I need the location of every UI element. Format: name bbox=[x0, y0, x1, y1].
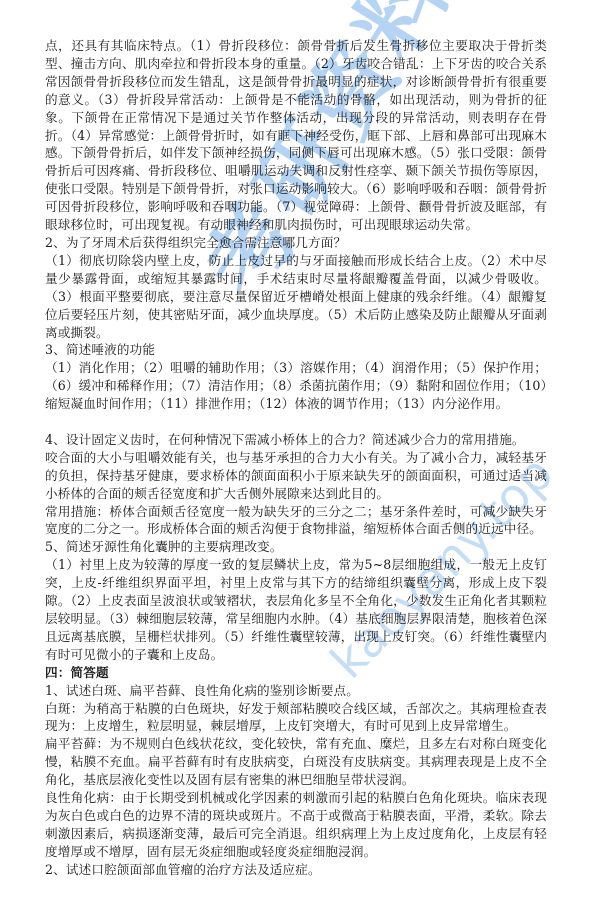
question-4-answer-part-1: 咬合面的大小与咀嚼效能有关，也与基牙承担的合力大小有关。为了减小合力，减轻基牙的… bbox=[45, 449, 547, 503]
answer-leukoplakia: 白斑：为稍高于粘膜的白色斑块，好发于颊部粘膜咬合线区域，舌部次之。其病理检查表现… bbox=[45, 700, 547, 736]
question-3-title: 3、简述唾液的功能 bbox=[45, 341, 547, 359]
question-2-answer: （1）彻底切除袋内壁上皮，防止上皮过早的与牙面接触而形成长结合上皮。（2）术中尽… bbox=[45, 252, 547, 342]
section-4-question-2-title: 2、试述口腔颌面部血管瘤的治疗方法及适应症。 bbox=[45, 861, 547, 879]
section-4-question-1-title: 1、试述白斑、扁平苔藓、良性角化病的鉴别诊断要点。 bbox=[45, 682, 547, 700]
question-3-answer: （1）消化作用；（2）咀嚼的辅助作用；（3）溶媒作用；（4）润滑作用；（5）保护… bbox=[45, 359, 547, 413]
question-4-answer-part-2: 常用措施：桥体合面颊舌径宽度一般为缺失牙的三分之二；基牙条件差时，可减少缺失牙宽… bbox=[45, 503, 547, 539]
question-5-title: 5、简述牙源性角化囊肿的主要病理改变。 bbox=[45, 538, 547, 556]
document-page: 点，还具有其临床特点。（1）骨折段移位：颌骨骨折后发生骨折移位主要取决于骨折类型… bbox=[45, 37, 547, 879]
answer-lichen-planus: 扁平苔藓：为不规则白色线状花纹，变化较快，常有充血、糜烂，且多左右对称白斑变化慢… bbox=[45, 735, 547, 789]
blank-line bbox=[45, 413, 547, 431]
answer-benign-keratosis: 良性角化病：由于长期受到机械或化学因素的刺激而引起的粘膜白色角化斑块。临床表现为… bbox=[45, 789, 547, 861]
section-heading-short-answer: 四：简答题 bbox=[45, 664, 547, 682]
question-5-answer: （1）衬里上皮为较薄的厚度一致的复层鳞状上皮，常为5~8层细胞组成，一般无上皮钉… bbox=[45, 556, 547, 663]
question-4-title: 4、设计固定义齿时，在何种情况下需减小桥体上的合力？简述减少合力的常用措施。 bbox=[45, 431, 547, 449]
paragraph-fracture-features: 点，还具有其临床特点。（1）骨折段移位：颌骨骨折后发生骨折移位主要取决于骨折类型… bbox=[45, 37, 547, 234]
question-2-title: 2、为了牙周术后获得组织完全愈合需注意哪几方面？ bbox=[45, 234, 547, 252]
